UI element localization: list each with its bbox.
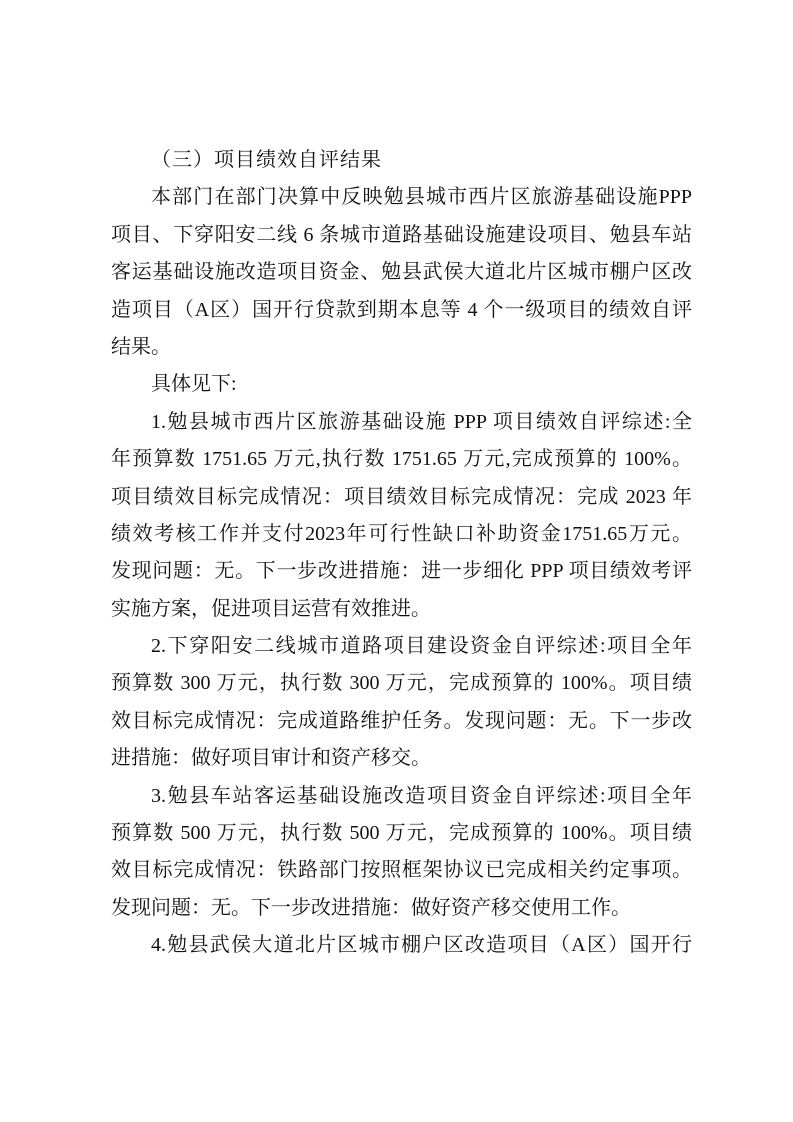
paragraph-line: 3.勉县车站客运基础设施改造项目资金自评综述:项目全年 [111,778,692,815]
paragraph-line: 造项目（A区）国开行贷款到期本息等 4 个一级项目的绩效自评 [111,292,692,329]
section-heading: （三）项目绩效自评结果 [111,142,692,179]
paragraph-line: 实施方案，促进项目运营有效推进。 [111,591,692,628]
paragraph-line: 2.下穿阳安二线城市道路项目建设资金自评综述:项目全年 [111,628,692,665]
paragraph-line: 1.勉县城市西片区旅游基础设施 PPP 项目绩效自评综述:全 [111,404,692,441]
paragraph-line: 绩效考核工作并支付2023年可行性缺口补助资金1751.65万元。 [111,516,692,553]
paragraph-line: 发现问题：无。下一步改进措施：做好资产移交使用工作。 [111,890,692,927]
paragraph-line: 进措施：做好项目审计和资产移交。 [111,740,692,777]
paragraph-line: 结果。 [111,329,692,366]
paragraph-line: 4.勉县武侯大道北片区城市棚户区改造项目（A区）国开行 [111,927,692,964]
paragraph-line: 项目绩效目标完成情况：项目绩效目标完成情况：完成 2023 年 [111,479,692,516]
document-body: （三）项目绩效自评结果 本部门在部门决算中反映勉县城市西片区旅游基础设施PPP … [111,142,692,965]
paragraph-line: 效目标完成情况：完成道路维护任务。发现问题：无。下一步改 [111,703,692,740]
paragraph-item-3: 3.勉县车站客运基础设施改造项目资金自评综述:项目全年 预算数 500 万元，执… [111,778,692,928]
paragraph-item-1: 1.勉县城市西片区旅游基础设施 PPP 项目绩效自评综述:全 年预算数 1751… [111,404,692,628]
paragraph-see-below: 具体见下: [111,366,692,403]
paragraph-line: 具体见下: [111,366,692,403]
paragraph-line: 本部门在部门决算中反映勉县城市西片区旅游基础设施PPP [111,179,692,216]
paragraph-line: 项目、下穿阳安二线 6 条城市道路基础设施建设项目、勉县车站 [111,217,692,254]
paragraph-item-4: 4.勉县武侯大道北片区城市棚户区改造项目（A区）国开行 [111,927,692,964]
paragraph-item-2: 2.下穿阳安二线城市道路项目建设资金自评综述:项目全年 预算数 300 万元，执… [111,628,692,778]
paragraph-line: 客运基础设施改造项目资金、勉县武侯大道北片区城市棚户区改 [111,254,692,291]
paragraph-line: 年预算数 1751.65 万元,执行数 1751.65 万元,完成预算的 100… [111,441,692,478]
paragraph-line: 发现问题：无。下一步改进措施：进一步细化 PPP 项目绩效考评 [111,553,692,590]
document-page: （三）项目绩效自评结果 本部门在部门决算中反映勉县城市西片区旅游基础设施PPP … [0,0,793,1122]
paragraph-line: 效目标完成情况：铁路部门按照框架协议已完成相关约定事项。 [111,852,692,889]
paragraph-line: 预算数 500 万元，执行数 500 万元，完成预算的 100%。项目绩 [111,815,692,852]
paragraph-intro: 本部门在部门决算中反映勉县城市西片区旅游基础设施PPP 项目、下穿阳安二线 6 … [111,179,692,366]
paragraph-line: 预算数 300 万元，执行数 300 万元，完成预算的 100%。项目绩 [111,665,692,702]
